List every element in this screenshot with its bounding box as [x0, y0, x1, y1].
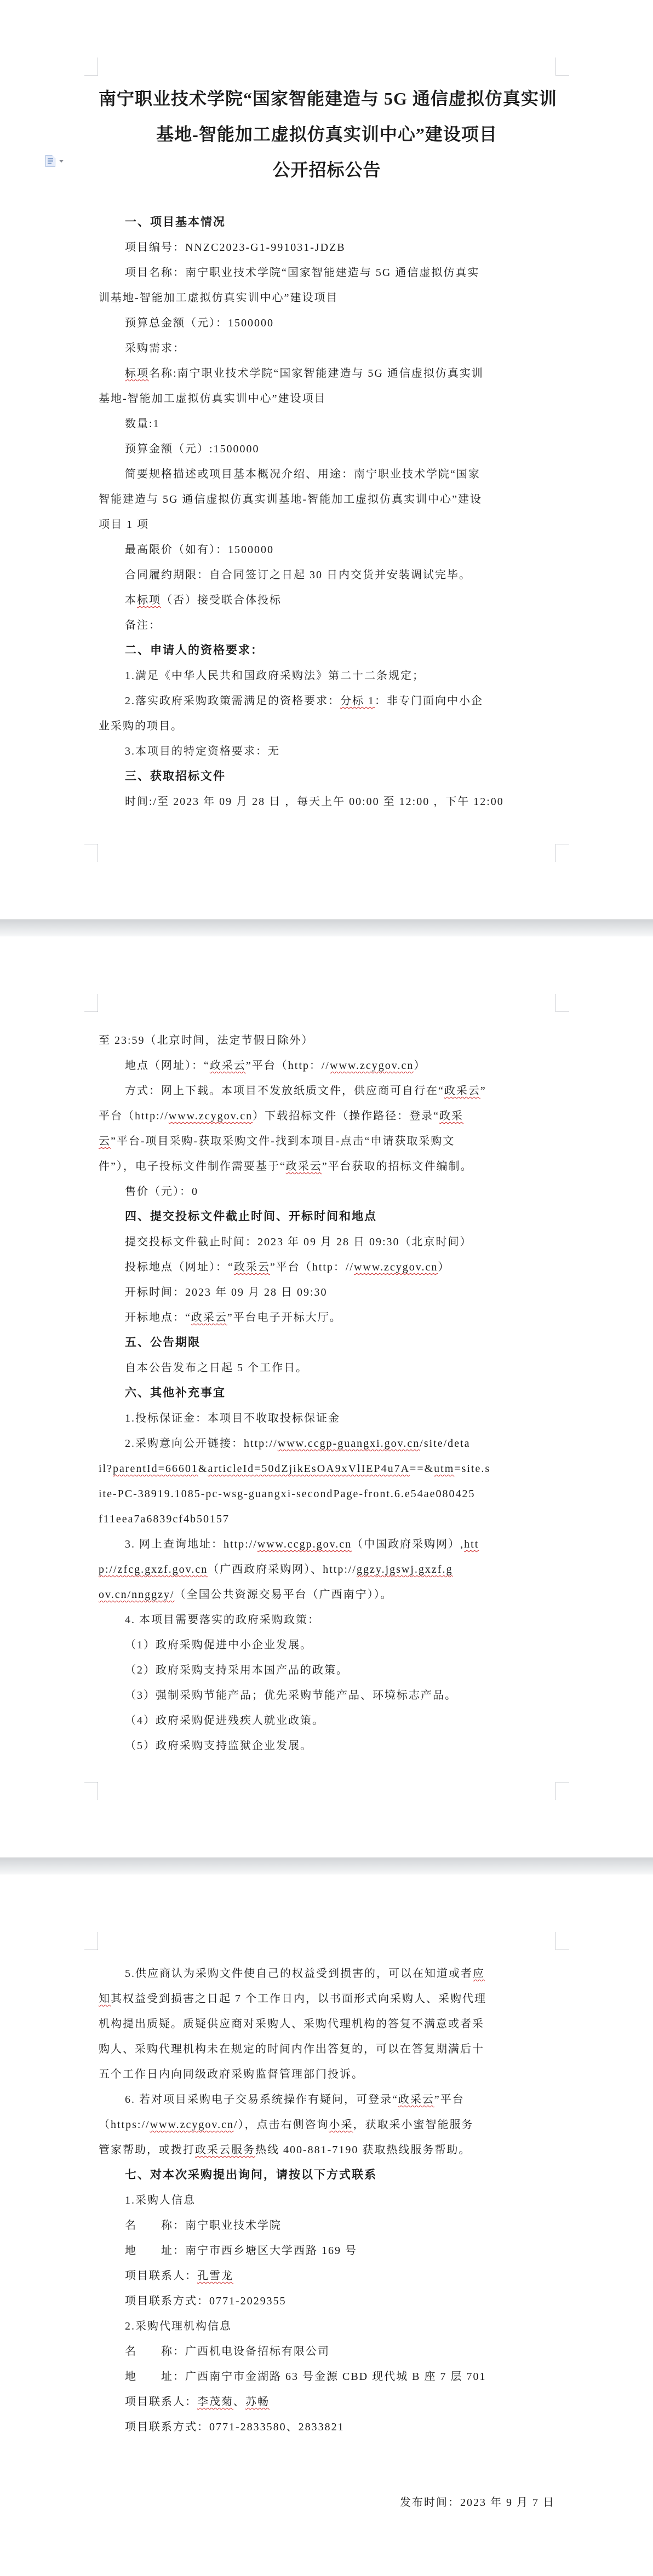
text-line: 本标项（否）接受联合体投标 [99, 588, 555, 613]
text-line: （3）强制采购节能产品；优先采购节能产品、环境标志产品。 [99, 1683, 555, 1708]
spacer [99, 2440, 555, 2465]
text-line: ov.cn/nnggzy/（全国公共资源交易平台（广西南宁））。 [99, 1582, 555, 1607]
text-segment: 开标地点：“ [125, 1312, 191, 1324]
text-segment: 业采购的项目。 [99, 720, 183, 732]
text-segment: 项目联系方式：0771-2029355 [125, 2295, 287, 2307]
text-line: p://zfcg.gxzf.gov.cn（广西政府采购网）、http://ggz… [99, 1557, 555, 1582]
text-segment: ”平台（http：// [270, 1261, 354, 1273]
text-segment: 预算总金额（元）：1500000 [125, 317, 274, 329]
text-segment: （全国公共资源交易平台（广西南宁））。 [175, 1589, 393, 1601]
text-segment: 名 称：南宁职业技术学院 [125, 2219, 282, 2232]
misspelled-text: www.ccgp-guangxi.gov.cn [278, 1438, 420, 1450]
text-line: 名 称：南宁职业技术学院 [99, 2213, 555, 2238]
text-segment: （广西政府采购网）、http:// [208, 1563, 357, 1576]
misspelled-text: www.zcygov.cn [354, 1261, 438, 1273]
text-line: 2.落实政府采购政策需满足的资格要求：分标 1：非专门面向中小企 [99, 688, 555, 714]
text-line: 标项名称:南宁职业技术学院“国家智能建造与 5G 通信虚拟仿真实训 [99, 361, 555, 386]
text-segment: ，获取采小蜜智能服务 [353, 2119, 474, 2131]
text-line: 项目联系人：孔雪龙 [99, 2263, 555, 2288]
section-heading: 六、其他补充事宜 [99, 1381, 555, 1406]
text-segment: 项目联系人： [125, 2270, 197, 2282]
misspelled-text: htt [464, 1538, 479, 1550]
text-line: 自本公告发布之日起 5 个工作日。 [99, 1355, 555, 1381]
text-segment: 方式：网上下载。本项目不发放纸质文件，供应商可自行在“ [125, 1085, 444, 1097]
text-line: 管家帮助，或拨打政采云服务热线 400-881-7190 获取热线服务帮助。 [99, 2137, 555, 2163]
text-segment: ”平台 [434, 2094, 465, 2106]
text-segment: f11eea7a6839cf4b50157 [99, 1513, 230, 1525]
text-line: 项目联系方式：0771-2833580、2833821 [99, 2414, 555, 2440]
text-segment: 2.落实政府采购政策需满足的资格要求： [125, 695, 340, 707]
text-segment: 5.供应商认为采购文件使自己的权益受到损害的，可以在知道或者 [125, 1968, 473, 1980]
misspelled-text: www.zcygov.cn [169, 1110, 253, 1122]
text-segment: 发布时间：2023 年 9 月 7 日 [400, 2497, 555, 2509]
margin-corner-mark [84, 1782, 98, 1783]
text-line: 预算金额（元）:1500000 [99, 436, 555, 462]
text-segment: 1.投标保证金：本项目不收取投标保证金 [125, 1412, 340, 1424]
margin-corner-mark [555, 844, 569, 844]
page-gap [0, 1858, 653, 1875]
text-segment: & [198, 1463, 208, 1475]
text-segment: 五个工作日内向同级政府采购监督管理部门投诉。 [99, 2068, 364, 2080]
text-line: il?parentId=66601&articleId=50dZjikEsOA9… [99, 1456, 555, 1481]
text-segment: 基地-智能加工虚拟仿真实训中心”建设项目 [156, 124, 497, 144]
paste-options-icon[interactable] [45, 155, 55, 167]
text-segment: 项目联系方式：0771-2833580、2833821 [125, 2421, 345, 2433]
text-line: 方式：网上下载。本项目不发放纸质文件，供应商可自行在“政采云” [99, 1078, 555, 1103]
text-segment: ite-PC-38919.1085-pc-wsg-guangxi-secondP… [99, 1488, 476, 1500]
text-segment: 提交投标文件截止时间：2023 年 09 月 28 日 09:30（北京时间） [125, 1236, 472, 1248]
text-segment: 三、获取招标文件 [125, 770, 226, 783]
margin-corner-mark [555, 1950, 569, 1950]
text-line: 投标地点（网址）：“政采云”平台（http：//www.zcygov.cn） [99, 1255, 555, 1280]
text-segment: 平台（http:// [99, 1110, 169, 1122]
text-segment: 1.满足《中华人民共和国政府采购法》第二十二条规定； [125, 670, 425, 682]
text-line: （5）政府采购支持监狱企业发展。 [99, 1733, 555, 1758]
misspelled-text: p://zfcg.gxzf.gov.cn [99, 1563, 208, 1576]
section-heading: 三、获取招标文件 [99, 764, 555, 789]
text-segment: 地点（网址）：“ [125, 1060, 210, 1072]
text-segment: 采购需求： [125, 342, 185, 354]
margin-corner-mark [555, 58, 556, 76]
text-line: 1.采购人信息 [99, 2188, 555, 2213]
text-line: 知其权益受到损害之日起 7 个工作日内，以书面形式向采购人、采购代理 [99, 1986, 555, 2011]
text-line: 采购需求： [99, 336, 555, 361]
text-segment: 地 址：南宁市西乡塘区大学西路 169 号 [125, 2245, 357, 2257]
page-2-content: 至 23:59（北京时间，法定节假日除外）地点（网址）：“政采云”平台（http… [99, 1028, 555, 1758]
text-segment: 名 称：广西机电设备招标有限公司 [125, 2345, 330, 2358]
text-segment: （否）接受联合体投标 [161, 594, 282, 606]
text-segment: （1）政府采购促进中小企业发展。 [125, 1639, 312, 1651]
misspelled-text: 李茂菊 [197, 2396, 233, 2408]
text-line: （2）政府采购支持采用本国产品的政策。 [99, 1658, 555, 1683]
text-line: 件”），电子投标文件制作需要基于“政采云”平台获取的招标文件编制。 [99, 1154, 555, 1179]
misspelled-text: 政采云 [444, 1085, 480, 1097]
text-line: f11eea7a6839cf4b50157 [99, 1507, 555, 1532]
text-segment: 、 [233, 2396, 245, 2408]
misspelled-text: 苏畅 [245, 2396, 270, 2408]
margin-corner-mark [84, 844, 98, 844]
margin-corner-mark [555, 75, 569, 76]
misspelled-text: 政采云 [234, 1261, 270, 1273]
text-line: 地 址：南宁市西乡塘区大学西路 169 号 [99, 2238, 555, 2263]
margin-corner-mark [98, 58, 98, 76]
document-title-line: 南宁职业技术学院“国家智能建造与 5G 通信虚拟仿真实训 [99, 81, 555, 117]
text-segment: ） [438, 1261, 450, 1273]
chevron-down-icon[interactable] [59, 160, 64, 163]
text-segment: ：非专门面向中小企 [375, 695, 483, 707]
misspelled-text: 标项 [137, 594, 161, 606]
text-segment: 简要规格描述或项目基本概况介绍、用途：南宁职业技术学院“国家 [125, 468, 480, 480]
misspelled-text: 知 [99, 1993, 111, 2005]
text-line: 训基地-智能加工虚拟仿真实训中心”建设项目 [99, 285, 555, 311]
text-segment: ”平台电子开标大厅。 [227, 1312, 342, 1324]
text-segment: 其权益受到损害之日起 7 个工作日内，以书面形式向采购人、采购代理 [111, 1993, 486, 2005]
text-segment: ” [480, 1085, 486, 1097]
text-line: 时间:/至 2023 年 09 月 28 日 ，每天上午 00:00 至 12:… [99, 789, 555, 814]
section-heading: 七、对本次采购提出询问，请按以下方式联系 [99, 2163, 555, 2188]
text-line: 预算总金额（元）：1500000 [99, 311, 555, 336]
text-segment: （5）政府采购支持监狱企业发展。 [125, 1740, 312, 1752]
text-segment: 本 [125, 594, 137, 606]
misspelled-text: www.zcygov.cn [330, 1060, 414, 1072]
text-line: 项目名称：南宁职业技术学院“国家智能建造与 5G 通信虚拟仿真实 [99, 260, 555, 285]
misspelled-text: www.zcygov.cn [150, 2119, 234, 2131]
text-line: 2.采购代理机构信息 [99, 2314, 555, 2339]
text-line: 平台（http://www.zcygov.cn）下载招标文件（操作路径：登录“政… [99, 1103, 555, 1129]
misspelled-text: 云 [99, 1135, 111, 1147]
margin-corner-mark [555, 1782, 556, 1800]
text-line: 提交投标文件截止时间：2023 年 09 月 28 日 09:30（北京时间） [99, 1229, 555, 1255]
misspelled-text: articleId=50dZjikEsOA9xVlIEP4u7A [208, 1463, 410, 1475]
text-segment: ”平台获取的招标文件编制。 [322, 1160, 473, 1172]
text-line: 开标时间：2023 年 09 月 28 日 09:30 [99, 1280, 555, 1305]
text-line: 备注： [99, 613, 555, 638]
margin-corner-mark [555, 1011, 569, 1012]
text-segment: 项目联系人： [125, 2396, 197, 2408]
text-segment: 二、申请人的资格要求： [125, 644, 264, 657]
text-segment: （4）政府采购促进残疾人就业政策。 [125, 1715, 324, 1727]
text-segment: 五、公告期限 [125, 1336, 201, 1349]
text-line: 开标地点：“政采云”平台电子开标大厅。 [99, 1305, 555, 1330]
misspelled-text: 政采云 [398, 2094, 434, 2106]
text-segment: ==& [410, 1463, 434, 1475]
text-segment: 最高限价（如有）：1500000 [125, 544, 274, 556]
text-line: 合同履约期限：自合同签订之日起 30 日内交货并安装调试完毕。 [99, 562, 555, 588]
misspelled-text: www.ccgp.gov.cn [257, 1538, 352, 1550]
margin-corner-mark [555, 1782, 569, 1783]
text-segment: 投标地点（网址）：“ [125, 1261, 234, 1273]
misspelled-text: utm [434, 1463, 454, 1475]
margin-corner-mark [555, 994, 556, 1012]
margin-corner-mark [84, 1950, 98, 1950]
text-segment: 4. 本项目需要落实的政府采购政策： [125, 1614, 320, 1626]
document-page-3: 5.供应商认为采购文件使自己的权益受到损害的，可以在知道或者应知其权益受到损害之… [0, 1875, 653, 2576]
text-segment: 数量:1 [125, 418, 160, 430]
margin-corner-mark [98, 994, 98, 1012]
text-line: 项目联系方式：0771-2029355 [99, 2288, 555, 2314]
text-segment: 智能建造与 5G 通信虚拟仿真实训基地-智能加工虚拟仿真实训中心”建设 [99, 493, 482, 505]
misspelled-text: 政采云 [191, 1312, 227, 1324]
text-line: 至 23:59（北京时间，法定节假日除外） [99, 1028, 555, 1053]
text-segment: ”平台-项目采购-获取采购文件-找到本项目-点击“申请获取采购文 [111, 1135, 455, 1147]
margin-corner-mark [555, 844, 556, 862]
text-line: 4. 本项目需要落实的政府采购政策： [99, 1607, 555, 1632]
section-heading: 二、申请人的资格要求： [99, 638, 555, 663]
misspelled-text: 政采云 [286, 1160, 322, 1172]
text-segment: ）下载招标文件（操作路径：登录“ [253, 1110, 439, 1122]
text-line: 机构提出质疑。质疑供应商对采购人、采购代理机构的答复不满意或者采 [99, 2011, 555, 2037]
document-title-line: 基地-智能加工虚拟仿真实训中心”建设项目 [99, 117, 555, 152]
text-segment: 至 23:59（北京时间，法定节假日除外） [99, 1034, 314, 1046]
text-segment: 预算金额（元）:1500000 [125, 443, 260, 455]
text-segment: =site.s [454, 1463, 490, 1475]
text-line: 简要规格描述或项目基本概况介绍、用途：南宁职业技术学院“国家 [99, 462, 555, 487]
text-line: 6. 若对项目采购电子交易系统操作有疑问，可登录“政采云”平台 [99, 2087, 555, 2112]
text-segment: 合同履约期限：自合同签订之日起 30 日内交货并安装调试完毕。 [125, 569, 471, 581]
text-segment: 基地-智能加工虚拟仿真实训中心”建设项目 [99, 393, 326, 405]
text-segment: （https:// [99, 2119, 150, 2131]
text-segment: 2.采购代理机构信息 [125, 2320, 232, 2332]
text-segment: 南宁职业技术学院“国家智能建造与 5G 通信虚拟仿真实训 [99, 89, 557, 108]
text-line: 发布时间：2023 年 9 月 7 日 [99, 2490, 555, 2515]
text-segment: 七、对本次采购提出询问，请按以下方式联系 [125, 2169, 377, 2181]
text-segment: 名称:南宁职业技术学院“国家智能建造与 5G 通信虚拟仿真实训 [149, 367, 484, 380]
text-line: 智能建造与 5G 通信虚拟仿真实训基地-智能加工虚拟仿真实训中心”建设 [99, 487, 555, 512]
misspelled-text: ov.cn/nnggzy/ [99, 1589, 175, 1601]
page-3-content: 5.供应商认为采购文件使自己的权益受到损害的，可以在知道或者应知其权益受到损害之… [99, 1961, 555, 2515]
text-segment: 四、提交投标文件截止时间、开标时间和地点 [125, 1210, 377, 1223]
page-gap [0, 919, 653, 936]
spacer [99, 2465, 555, 2490]
text-line: 项目编号：NNZC2023-G1-991031-JDZB [99, 235, 555, 260]
document-page-2: 至 23:59（北京时间，法定节假日除外）地点（网址）：“政采云”平台（http… [0, 936, 653, 1858]
text-line: 项目 1 项 [99, 512, 555, 537]
misspelled-text: 小采 [329, 2119, 353, 2131]
text-segment: 6. 若对项目采购电子交易系统操作有疑问，可登录“ [125, 2094, 398, 2106]
text-line: 五个工作日内向同级政府采购监督管理部门投诉。 [99, 2062, 555, 2087]
section-heading: 四、提交投标文件截止时间、开标时间和地点 [99, 1204, 555, 1229]
text-segment: 1.采购人信息 [125, 2194, 196, 2206]
text-line: 云”平台-项目采购-获取采购文件-找到本项目-点击“申请获取采购文 [99, 1129, 555, 1154]
text-line: ite-PC-38919.1085-pc-wsg-guangxi-secondP… [99, 1481, 555, 1507]
text-line: （4）政府采购促进残疾人就业政策。 [99, 1708, 555, 1733]
text-segment: 开标时间：2023 年 09 月 28 日 09:30 [125, 1286, 328, 1298]
text-segment: （中国政府采购网）, [352, 1538, 464, 1550]
text-segment: 公开招标公告 [272, 160, 381, 180]
text-line: 最高限价（如有）：1500000 [99, 537, 555, 562]
margin-corner-mark [555, 1932, 556, 1950]
margin-corner-mark [84, 75, 98, 76]
text-line: 售价（元）：0 [99, 1179, 555, 1204]
misspelled-text: 标项 [125, 367, 149, 380]
document-page-1: 南宁职业技术学院“国家智能建造与 5G 通信虚拟仿真实训基地-智能加工虚拟仿真实… [0, 0, 653, 919]
text-segment: 时间:/至 2023 年 09 月 28 日 ，每天上午 00:00 至 12:… [125, 796, 504, 808]
text-line: 1.投标保证金：本项目不收取投标保证金 [99, 1406, 555, 1431]
text-segment: 管家帮助，或拨打 [99, 2144, 195, 2156]
text-line: 5.供应商认为采购文件使自己的权益受到损害的，可以在知道或者应 [99, 1961, 555, 1986]
text-line: 名 称：广西机电设备招标有限公司 [99, 2339, 555, 2364]
text-line: 购人、采购代理机构未在规定的时间内作出答复的，可以在答复期满后十 [99, 2037, 555, 2062]
text-segment: ”平台（http：// [246, 1060, 330, 1072]
text-segment: ） [414, 1060, 426, 1072]
document-title-line: 公开招标公告 [99, 152, 555, 188]
text-segment: 备注： [125, 619, 161, 631]
misspelled-text: 政采云服务 [195, 2144, 255, 2156]
text-segment: （3）强制采购节能产品；优先采购节能产品、环境标志产品。 [125, 1689, 457, 1701]
misspelled-text: 孔雪龙 [197, 2270, 233, 2282]
text-segment: 一、项目基本情况 [125, 216, 226, 228]
text-segment: 项目编号：NNZC2023-G1-991031-JDZB [125, 242, 346, 254]
margin-corner-mark [98, 1782, 98, 1800]
text-line: 3. 网上查询地址：http://www.ccgp.gov.cn（中国政府采购网… [99, 1532, 555, 1557]
text-line: 地点（网址）：“政采云”平台（http：//www.zcygov.cn） [99, 1053, 555, 1078]
text-segment: 训基地-智能加工虚拟仿真实训中心”建设项目 [99, 292, 339, 304]
text-segment: /），点击右侧咨询 [234, 2119, 329, 2131]
text-line: （1）政府采购促进中小企业发展。 [99, 1632, 555, 1658]
text-line: 业采购的项目。 [99, 714, 555, 739]
text-line: 3.本项目的特定资格要求：无 [99, 739, 555, 764]
text-segment: 3. 网上查询地址：http:// [125, 1538, 257, 1550]
margin-corner-mark [98, 844, 98, 862]
text-segment: 购人、采购代理机构未在规定的时间内作出答复的，可以在答复期满后十 [99, 2043, 484, 2055]
text-line: 1.满足《中华人民共和国政府采购法》第二十二条规定； [99, 663, 555, 688]
paste-options-control[interactable] [45, 155, 67, 169]
text-line: 地 址：广西南宁市金湖路 63 号金源 CBD 现代城 B 座 7 层 701 [99, 2364, 555, 2389]
text-segment: 项目名称：南宁职业技术学院“国家智能建造与 5G 通信虚拟仿真实 [125, 267, 479, 279]
misspelled-text: 政采云 [210, 1060, 246, 1072]
text-segment: 件”），电子投标文件制作需要基于“ [99, 1160, 286, 1172]
misspelled-text: parentId=66601 [113, 1463, 198, 1475]
word-document-view: 南宁职业技术学院“国家智能建造与 5G 通信虚拟仿真实训基地-智能加工虚拟仿真实… [0, 0, 653, 2576]
section-heading: 五、公告期限 [99, 1330, 555, 1355]
spacer [99, 188, 555, 210]
text-segment: 自本公告发布之日起 5 个工作日。 [125, 1362, 308, 1374]
misspelled-text: 政采 [439, 1110, 463, 1122]
text-line: 基地-智能加工虚拟仿真实训中心”建设项目 [99, 386, 555, 411]
text-line: 项目联系人：李茂菊、苏畅 [99, 2389, 555, 2414]
text-segment: 项目 1 项 [99, 519, 149, 531]
text-segment: 机构提出质疑。质疑供应商对采购人、采购代理机构的答复不满意或者采 [99, 2018, 484, 2030]
text-line: 数量:1 [99, 411, 555, 436]
text-segment: 售价（元）：0 [125, 1186, 198, 1198]
misspelled-text: 应 [473, 1968, 485, 1980]
text-segment: 热线 400-881-7190 获取热线服务帮助。 [255, 2144, 471, 2156]
text-segment: （2）政府采购支持采用本国产品的政策。 [125, 1664, 348, 1676]
text-segment: /site/deta [420, 1438, 470, 1450]
section-heading: 一、项目基本情况 [99, 210, 555, 235]
margin-corner-mark [84, 1011, 98, 1012]
text-line: （https://www.zcygov.cn/），点击右侧咨询小采，获取采小蜜智… [99, 2112, 555, 2137]
misspelled-text: ggzy.jgswj.gxzf.g [357, 1563, 452, 1576]
text-segment: 六、其他补充事宜 [125, 1387, 226, 1399]
text-segment: 地 址：广西南宁市金湖路 63 号金源 CBD 现代城 B 座 7 层 701 [125, 2371, 486, 2383]
text-segment: il? [99, 1463, 113, 1475]
margin-corner-mark [98, 1932, 98, 1950]
text-line: 2.采购意向公开链接：http://www.ccgp-guangxi.gov.c… [99, 1431, 555, 1456]
misspelled-text: 分标 1 [340, 695, 375, 707]
text-segment: 2.采购意向公开链接：http:// [125, 1438, 278, 1450]
text-segment: 3.本项目的特定资格要求：无 [125, 745, 280, 757]
page-1-content: 南宁职业技术学院“国家智能建造与 5G 通信虚拟仿真实训基地-智能加工虚拟仿真实… [99, 81, 555, 814]
